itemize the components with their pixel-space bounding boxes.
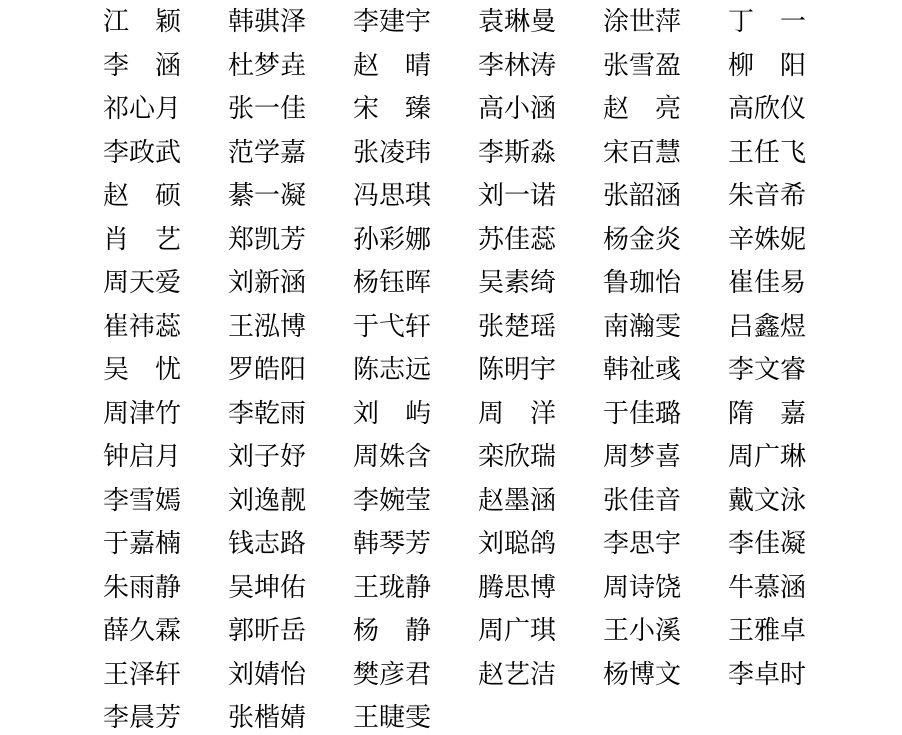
name-character: 一 (780, 3, 806, 41)
name-character: 洁 (530, 656, 556, 694)
name-character: 刘 (228, 482, 254, 520)
name-entry: 吴坤佑 (228, 569, 353, 607)
name-character: 李 (228, 395, 254, 433)
name-character: 朱 (103, 569, 129, 607)
name-character: 阳 (280, 351, 306, 389)
name-character: 于 (603, 395, 629, 433)
name-character: 佳 (629, 395, 655, 433)
name-character: 嘉 (129, 525, 155, 563)
name-entry: 陈明宇 (478, 351, 603, 389)
name-entry: 高欣仪 (728, 90, 853, 128)
name-entry: 周梦喜 (603, 438, 728, 476)
name-entry: 刘新涵 (228, 264, 353, 302)
name-character: 萍 (655, 3, 681, 41)
name-entry: 周广琳 (728, 438, 853, 476)
name-character: 金 (629, 221, 655, 259)
name-character: 子 (254, 438, 280, 476)
name-entry: 李政武 (103, 134, 228, 172)
name-character: 飞 (780, 134, 806, 172)
name-character: 江 (103, 3, 129, 41)
name-entry: 于嘉楠 (103, 525, 228, 563)
name-character: 娜 (405, 221, 431, 259)
name-character: 刘 (353, 395, 379, 433)
name-character: 任 (754, 134, 780, 172)
name-character: 政 (129, 134, 155, 172)
name-character: 琳 (504, 3, 530, 41)
name-entry: 刘子妤 (228, 438, 353, 476)
name-character: 博 (629, 656, 655, 694)
name-character: 泓 (254, 308, 280, 346)
name-character: 南 (603, 308, 629, 346)
name-character: 杨 (603, 221, 629, 259)
name-character: 张 (228, 90, 254, 128)
name-character: 戴 (728, 482, 754, 520)
name-character: 赵 (103, 177, 129, 215)
name-character: 赵 (478, 482, 504, 520)
name-entry: 李思宇 (603, 525, 728, 563)
name-entry: 牛慕涵 (728, 569, 853, 607)
name-character: 臻 (405, 90, 431, 128)
name-character: 朱 (728, 177, 754, 215)
name-character: 孙 (353, 221, 379, 259)
name-character: 煜 (780, 308, 806, 346)
name-character: 斯 (504, 134, 530, 172)
name-character: 李 (103, 47, 129, 85)
name-character: 祎 (129, 308, 155, 346)
name-entry: 李卓时 (728, 656, 853, 694)
name-character: 曼 (530, 3, 556, 41)
name-character: 李 (353, 3, 379, 41)
name-character: 刘 (478, 177, 504, 215)
name-entry: 崔佳易 (728, 264, 853, 302)
name-entry: 杨金炎 (603, 221, 728, 259)
name-entry: 袁琳曼 (478, 3, 603, 41)
name-entry: 王雅卓 (728, 612, 853, 650)
name-entry: 隋嘉 (728, 395, 853, 433)
name-character: 博 (530, 569, 556, 607)
name-character: 鲁 (603, 264, 629, 302)
name-character: 涂 (603, 3, 629, 41)
name-entry: 柳阳 (728, 47, 853, 85)
name-character: 刘 (228, 656, 254, 694)
name-character: 爱 (155, 264, 181, 302)
name-character: 袁 (478, 3, 504, 41)
name-character: 嘉 (280, 134, 306, 172)
name-character: 周 (103, 395, 129, 433)
name-entry: 李林涛 (478, 47, 603, 85)
name-character: 盈 (655, 47, 681, 85)
name-character: 韩 (353, 525, 379, 563)
name-entry: 祁心月 (103, 90, 228, 128)
name-character: 佳 (504, 221, 530, 259)
name-entry: 赵晴 (353, 47, 478, 85)
name-character: 音 (655, 482, 681, 520)
name-character: 琴 (379, 525, 405, 563)
name-entry: 冯思琪 (353, 177, 478, 215)
name-character: 王 (353, 699, 379, 735)
name-character: 月 (155, 90, 181, 128)
name-character: 时 (780, 656, 806, 694)
name-character: 赵 (603, 90, 629, 128)
name-entry: 周天爱 (103, 264, 228, 302)
name-character: 张 (603, 47, 629, 85)
name-character: 卓 (754, 656, 780, 694)
name-entry: 赵艺洁 (478, 656, 603, 694)
name-character: 彩 (379, 221, 405, 259)
name-character: 周 (353, 438, 379, 476)
name-character: 一 (254, 177, 280, 215)
name-character: 骐 (254, 3, 280, 41)
name-entry: 吴忧 (103, 351, 228, 389)
name-character: 洋 (530, 395, 556, 433)
name-character: 远 (405, 351, 431, 389)
name-entry: 朱雨静 (103, 569, 228, 607)
name-character: 吕 (728, 308, 754, 346)
name-entry: 李斯淼 (478, 134, 603, 172)
name-character: 轩 (405, 308, 431, 346)
name-entry: 韩祉彧 (603, 351, 728, 389)
name-entry: 陈志远 (353, 351, 478, 389)
name-character: 柳 (728, 47, 754, 85)
name-entry: 张佳音 (603, 482, 728, 520)
name-character: 志 (379, 351, 405, 389)
name-character: 王 (353, 569, 379, 607)
name-character: 弋 (379, 308, 405, 346)
name-character: 隋 (728, 395, 754, 433)
name-entry: 苏佳蕊 (478, 221, 603, 259)
name-character: 王 (728, 134, 754, 172)
name-character: 薛 (103, 612, 129, 650)
name-character: 张 (478, 308, 504, 346)
name-character: 路 (280, 525, 306, 563)
name-character: 于 (103, 525, 129, 563)
name-character: 梦 (629, 438, 655, 476)
name-character: 皓 (254, 351, 280, 389)
name-character: 雨 (129, 569, 155, 607)
name-character: 睿 (780, 351, 806, 389)
name-character: 昕 (254, 612, 280, 650)
name-entry: 赵墨涵 (478, 482, 603, 520)
name-character: 楚 (504, 308, 530, 346)
name-character: 聪 (504, 525, 530, 563)
name-character: 琪 (405, 177, 431, 215)
name-character: 高 (728, 90, 754, 128)
name-entry: 郑凯芳 (228, 221, 353, 259)
name-character: 栾 (478, 438, 504, 476)
name-entry: 张凌玮 (353, 134, 478, 172)
name-character: 周 (478, 395, 504, 433)
name-character: 睫 (379, 699, 405, 735)
name-character: 彦 (379, 656, 405, 694)
name-character: 吴 (478, 264, 504, 302)
name-character: 张 (603, 482, 629, 520)
name-character: 诗 (629, 569, 655, 607)
name-entry: 王泽轩 (103, 656, 228, 694)
name-character: 靓 (280, 482, 306, 520)
name-character: 涵 (155, 47, 181, 85)
name-character: 含 (405, 438, 431, 476)
name-character: 静 (155, 569, 181, 607)
name-character: 佳 (754, 525, 780, 563)
name-character: 张 (228, 699, 254, 735)
name-entry: 朱音希 (728, 177, 853, 215)
name-entry: 赵亮 (603, 90, 728, 128)
name-character: 罗 (228, 351, 254, 389)
name-character: 涵 (780, 569, 806, 607)
name-character: 天 (129, 264, 155, 302)
name-character: 璐 (655, 395, 681, 433)
name-character: 刘 (228, 264, 254, 302)
name-character: 陈 (353, 351, 379, 389)
name-character: 妮 (780, 221, 806, 259)
name-character: 鑫 (754, 308, 780, 346)
name-character: 妤 (280, 438, 306, 476)
name-entry: 赵硕 (103, 177, 228, 215)
name-character: 楷 (254, 699, 280, 735)
name-character: 建 (379, 3, 405, 41)
name-entry: 王睫雯 (353, 699, 478, 735)
name-character: 周 (603, 569, 629, 607)
name-character: 音 (754, 177, 780, 215)
name-entry: 周诗饶 (603, 569, 728, 607)
name-character: 希 (780, 177, 806, 215)
name-character: 钱 (228, 525, 254, 563)
name-character: 雪 (629, 47, 655, 85)
name-character: 韶 (629, 177, 655, 215)
name-entry: 李文睿 (728, 351, 853, 389)
name-character: 李 (103, 134, 129, 172)
name-entry: 于弋轩 (353, 308, 478, 346)
name-character: 瑶 (530, 308, 556, 346)
name-entry: 南瀚雯 (603, 308, 728, 346)
name-character: 周 (478, 612, 504, 650)
name-character: 轩 (155, 656, 181, 694)
name-character: 博 (280, 308, 306, 346)
name-character: 佳 (629, 482, 655, 520)
name-character: 乾 (254, 395, 280, 433)
name-character: 月 (155, 438, 181, 476)
name-character: 肖 (103, 221, 129, 259)
name-character: 涛 (530, 47, 556, 85)
name-entry: 涂世萍 (603, 3, 728, 41)
name-character: 泽 (280, 3, 306, 41)
name-entry: 韩骐泽 (228, 3, 353, 41)
name-character: 彧 (655, 351, 681, 389)
name-character: 蕊 (155, 308, 181, 346)
name-character: 张 (353, 134, 379, 172)
name-character: 饶 (655, 569, 681, 607)
name-character: 周 (103, 264, 129, 302)
name-character: 佑 (280, 569, 306, 607)
name-character: 祁 (103, 90, 129, 128)
name-character: 辛 (728, 221, 754, 259)
name-character: 凌 (379, 134, 405, 172)
name-character: 世 (629, 3, 655, 41)
name-character: 崔 (103, 308, 129, 346)
name-entry: 樊彦君 (353, 656, 478, 694)
name-character: 赵 (478, 656, 504, 694)
name-character: 宇 (655, 525, 681, 563)
name-entry: 戴文泳 (728, 482, 853, 520)
name-character: 高 (478, 90, 504, 128)
name-character: 芳 (280, 221, 306, 259)
name-character: 艺 (155, 221, 181, 259)
name-character: 李 (353, 482, 379, 520)
name-character: 牛 (728, 569, 754, 607)
name-character: 周 (603, 438, 629, 476)
name-character: 珑 (379, 569, 405, 607)
name-character: 李 (728, 525, 754, 563)
name-character: 宇 (530, 351, 556, 389)
name-character: 丁 (728, 3, 754, 41)
name-character: 君 (405, 656, 431, 694)
name-character: 阳 (780, 47, 806, 85)
name-character: 李 (478, 47, 504, 85)
name-character: 佳 (280, 90, 306, 128)
name-entry: 刘屿 (353, 395, 478, 433)
name-character: 李 (728, 656, 754, 694)
name-entry: 刘逸靓 (228, 482, 353, 520)
name-character: 文 (754, 482, 780, 520)
name-character: 志 (254, 525, 280, 563)
name-character: 王 (728, 612, 754, 650)
name-list: 江颖韩骐泽李建宇袁琳曼涂世萍丁一李涵杜梦垚赵晴李林涛张雪盈柳阳祁心月张一佳宋臻高… (103, 3, 853, 735)
name-character: 刘 (228, 438, 254, 476)
name-character: 思 (504, 569, 530, 607)
name-entry: 王小溪 (603, 612, 728, 650)
name-entry: 杨博文 (603, 656, 728, 694)
name-character: 雯 (405, 699, 431, 735)
name-character: 雅 (754, 612, 780, 650)
name-entry: 吴素绮 (478, 264, 603, 302)
name-character: 广 (754, 438, 780, 476)
name-character: 凝 (280, 177, 306, 215)
name-character: 婧 (280, 699, 306, 735)
name-character: 坤 (254, 569, 280, 607)
name-character: 忧 (155, 351, 181, 389)
name-entry: 栾欣瑞 (478, 438, 603, 476)
name-character: 小 (629, 612, 655, 650)
name-character: 嫣 (155, 482, 181, 520)
name-character: 婧 (254, 656, 280, 694)
name-character: 琳 (780, 438, 806, 476)
name-character: 慕 (754, 569, 780, 607)
name-entry: 孙彩娜 (353, 221, 478, 259)
name-entry: 李雪嫣 (103, 482, 228, 520)
name-entry: 韩琴芳 (353, 525, 478, 563)
name-character: 郑 (228, 221, 254, 259)
name-entry: 王泓博 (228, 308, 353, 346)
name-character: 珈 (629, 264, 655, 302)
name-entry: 刘一诺 (478, 177, 603, 215)
name-character: 小 (504, 90, 530, 128)
name-character: 芳 (155, 699, 181, 735)
name-entry: 杨静 (353, 612, 478, 650)
name-character: 嘉 (780, 395, 806, 433)
name-character: 墨 (504, 482, 530, 520)
name-character: 宋 (603, 134, 629, 172)
name-character: 涵 (280, 264, 306, 302)
name-character: 津 (129, 395, 155, 433)
name-entry: 薛久霖 (103, 612, 228, 650)
name-character: 韩 (228, 3, 254, 41)
name-character: 杨 (603, 656, 629, 694)
name-character: 瑞 (530, 438, 556, 476)
name-character: 琪 (530, 612, 556, 650)
name-entry: 宋臻 (353, 90, 478, 128)
name-character: 炎 (655, 221, 681, 259)
name-entry: 王任飞 (728, 134, 853, 172)
name-character: 樊 (353, 656, 379, 694)
name-character: 崔 (728, 264, 754, 302)
name-entry: 刘聪鸽 (478, 525, 603, 563)
name-entry: 周洋 (478, 395, 603, 433)
name-entry: 綦一凝 (228, 177, 353, 215)
name-character: 蕊 (530, 221, 556, 259)
name-character: 赵 (353, 47, 379, 85)
name-character: 王 (228, 308, 254, 346)
name-character: 韩 (603, 351, 629, 389)
name-entry: 李建宇 (353, 3, 478, 41)
name-entry: 李乾雨 (228, 395, 353, 433)
name-character: 心 (129, 90, 155, 128)
name-entry: 江颖 (103, 3, 228, 41)
name-character: 卓 (780, 612, 806, 650)
name-character: 玮 (405, 134, 431, 172)
name-entry: 丁一 (728, 3, 853, 41)
name-character: 钰 (379, 264, 405, 302)
name-entry: 张雪盈 (603, 47, 728, 85)
name-character: 綦 (228, 177, 254, 215)
name-character: 文 (754, 351, 780, 389)
name-character: 宇 (405, 3, 431, 41)
name-character: 楠 (155, 525, 181, 563)
name-entry: 于佳璐 (603, 395, 728, 433)
name-character: 静 (405, 569, 431, 607)
name-entry: 郭昕岳 (228, 612, 353, 650)
name-character: 苏 (478, 221, 504, 259)
name-character: 刘 (478, 525, 504, 563)
name-character: 腾 (478, 569, 504, 607)
name-character: 思 (379, 177, 405, 215)
name-entry: 杜梦垚 (228, 47, 353, 85)
name-character: 广 (504, 612, 530, 650)
name-character: 李 (478, 134, 504, 172)
name-entry: 周广琪 (478, 612, 603, 650)
name-character: 颖 (155, 3, 181, 41)
name-character: 雨 (280, 395, 306, 433)
name-character: 芳 (405, 525, 431, 563)
name-character: 宋 (353, 90, 379, 128)
name-entry: 张楷婧 (228, 699, 353, 735)
name-character: 泳 (780, 482, 806, 520)
name-character: 周 (728, 438, 754, 476)
name-character: 李 (103, 482, 129, 520)
name-character: 武 (155, 134, 181, 172)
name-character: 李 (603, 525, 629, 563)
name-character: 霖 (155, 612, 181, 650)
name-entry: 范学嘉 (228, 134, 353, 172)
name-character: 姝 (754, 221, 780, 259)
name-character: 于 (353, 308, 379, 346)
name-character: 屿 (405, 395, 431, 433)
name-character: 姝 (379, 438, 405, 476)
name-character: 怡 (655, 264, 681, 302)
name-character: 李 (103, 699, 129, 735)
name-character: 欣 (504, 438, 530, 476)
name-character: 雯 (655, 308, 681, 346)
name-entry: 辛姝妮 (728, 221, 853, 259)
